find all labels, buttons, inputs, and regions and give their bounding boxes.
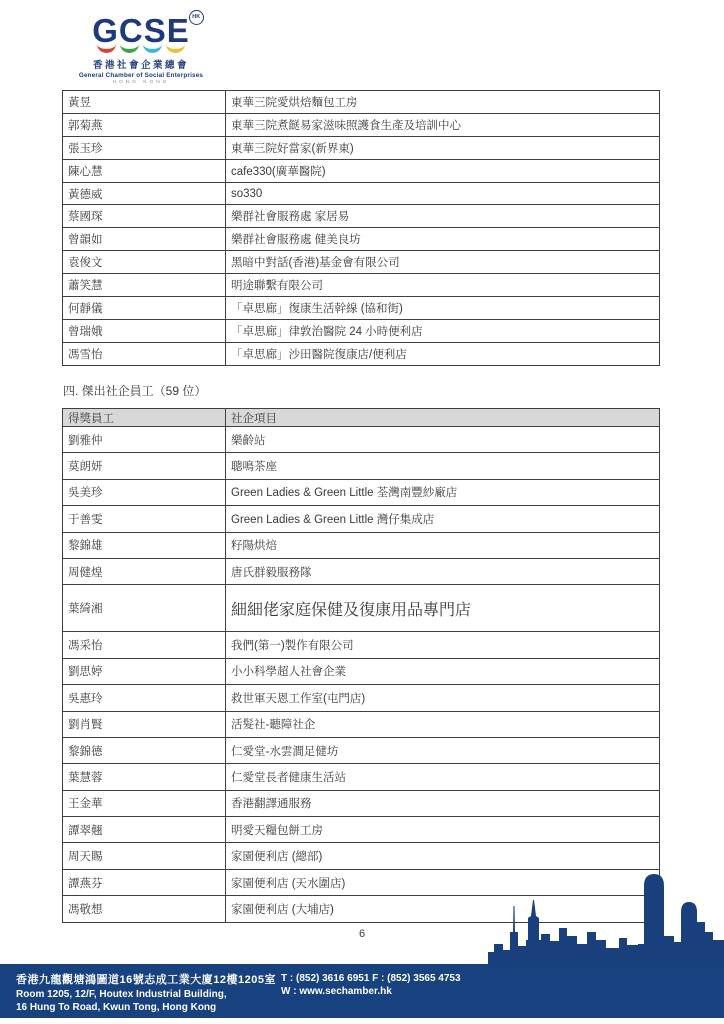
gcse-logo-letters: GCSE HK: [92, 16, 190, 46]
table-row: 黎錦德仁愛堂-水雲澗足健坊: [63, 737, 660, 763]
se-project-cell: 「卓思廊」律敦治醫院 24 小時便利店: [226, 319, 660, 342]
header-awardee-staff: 得獎員工: [63, 409, 226, 427]
se-project-cell: 救世軍天恩工作室(屯門店): [226, 685, 660, 711]
awardee-name-cell: 馮采怡: [63, 632, 226, 658]
footer: 香港九龍觀塘鴻圖道16號志成工業大廈12樓1205室 Room 1205, 12…: [0, 964, 724, 1018]
awardee-name-cell: 馮敬想: [63, 896, 226, 922]
awardee-name-cell: 蔡國琛: [63, 205, 226, 228]
logo-letter-e: E: [167, 12, 190, 49]
logo-letter-c: C: [119, 12, 144, 49]
se-project-cell: 樂群社會服務處 健美良坊: [226, 228, 660, 251]
awardee-name-cell: 吳惠玲: [63, 685, 226, 711]
logo-chinese-name: 香港社會企業總會: [76, 57, 206, 71]
awardee-name-cell: 黎錦雄: [63, 532, 226, 558]
awardee-name-cell: 譚翠翹: [63, 817, 226, 843]
header-se-project: 社企項目: [226, 409, 660, 427]
se-project-cell: 樂齡站: [226, 427, 660, 453]
awardee-name-cell: 郭菊燕: [63, 113, 226, 136]
table-row: 王金華香港翻譯通服務: [63, 790, 660, 816]
table-row: 黎錦雄籽陽烘焙: [63, 532, 660, 558]
se-project-cell: 唐氏群毅服務隊: [226, 558, 660, 584]
awardee-name-cell: 蕭笑慧: [63, 274, 226, 297]
se-project-cell: 黑暗中對話(香港)基金會有限公司: [226, 251, 660, 274]
awardee-name-cell: 葉綺湘: [63, 585, 226, 632]
awardee-name-cell: 劉肖賢: [63, 711, 226, 737]
table-row: 蕭笑慧明途聯繫有限公司: [63, 274, 660, 297]
footer-address-block: 香港九龍觀塘鴻圖道16號志成工業大廈12樓1205室 Room 1205, 12…: [16, 971, 276, 1014]
awardee-name-cell: 曾瑞娥: [63, 319, 226, 342]
logo-english-name: General Chamber of Social Enterprises: [76, 72, 206, 79]
awardees-table-continued: 黃昱東華三院愛烘焙麵包工房郭菊燕東華三院煮餸易家滋味照護食生產及培訓中心張玉珍東…: [62, 90, 660, 366]
table-row: 劉肖賢活髮社-聽障社企: [63, 711, 660, 737]
se-project-cell: 仁愛堂-水雲澗足健坊: [226, 737, 660, 763]
se-project-cell: 細細佬家庭保健及復康用品專門店: [226, 585, 660, 632]
section-heading: 四. 傑出社企員工（59 位）: [63, 382, 206, 399]
se-project-cell: 東華三院愛烘焙麵包工房: [226, 91, 660, 114]
awardee-name-cell: 莫朗妍: [63, 453, 226, 479]
awardee-name-cell: 于善雯: [63, 506, 226, 532]
footer-website[interactable]: W : www.sechamber.hk: [281, 986, 461, 999]
se-project-cell: 東華三院好當家(新界東): [226, 136, 660, 159]
awardee-name-cell: 曾韻如: [63, 228, 226, 251]
table-row: 郭菊燕東華三院煮餸易家滋味照護食生產及培訓中心: [63, 113, 660, 136]
se-project-cell: 香港翻譯通服務: [226, 790, 660, 816]
awardee-name-cell: 黃昱: [63, 91, 226, 114]
table-row: 黃德威so330: [63, 182, 660, 205]
awardee-name-cell: 劉雅仲: [63, 427, 226, 453]
footer-phone-fax: T : (852) 3616 6951 F : (852) 3565 4753: [281, 973, 461, 986]
table-row: 于善雯Green Ladies & Green Little 灣仔集成店: [63, 506, 660, 532]
se-project-cell: 我們(第一)製作有限公司: [226, 632, 660, 658]
logo-letter-g: G: [92, 12, 119, 49]
table-row: 曾韻如樂群社會服務處 健美良坊: [63, 228, 660, 251]
logo-letter-s: S: [144, 12, 167, 49]
se-project-cell: 明愛天糧包餅工房: [226, 817, 660, 843]
table-row: 周健煌唐氏群毅服務隊: [63, 558, 660, 584]
awardee-name-cell: 劉思婷: [63, 658, 226, 684]
se-project-cell: 仁愛堂長者健康生活站: [226, 764, 660, 790]
table-row: 曾瑞娥「卓思廊」律敦治醫院 24 小時便利店: [63, 319, 660, 342]
awardee-name-cell: 馮雪怡: [63, 342, 226, 365]
registered-trademark-icon: HK: [189, 10, 204, 25]
awardee-name-cell: 譚燕芬: [63, 869, 226, 895]
table-row: 劉雅仲樂齡站: [63, 427, 660, 453]
table-row: 袁俊文黑暗中對話(香港)基金會有限公司: [63, 251, 660, 274]
awardee-name-cell: 何靜儀: [63, 297, 226, 320]
se-project-cell: 活髮社-聽障社企: [226, 711, 660, 737]
se-project-cell: 東華三院煮餸易家滋味照護食生產及培訓中心: [226, 113, 660, 136]
awardee-name-cell: 周健煌: [63, 558, 226, 584]
table-row: 張玉珍東華三院好當家(新界東): [63, 136, 660, 159]
awardee-name-cell: 葉慧蓉: [63, 764, 226, 790]
table-row: 吳美珍Green Ladies & Green Little 荃灣南豐紗廠店: [63, 479, 660, 505]
se-project-cell: 明途聯繫有限公司: [226, 274, 660, 297]
document-page: GCSE HK 香港社會企業總會 General Chamber of Soci…: [0, 0, 724, 1024]
table-row: 馮雪怡「卓思廊」沙田醫院復康店/便利店: [63, 342, 660, 365]
table-row: 黃昱東華三院愛烘焙麵包工房: [63, 91, 660, 114]
table-row: 何靜儀「卓思廊」復康生活幹線 (協和街): [63, 297, 660, 320]
footer-address-english-line1: Room 1205, 12/F, Houtex Industrial Build…: [16, 989, 276, 1002]
table-row: 蔡國琛樂群社會服務處 家居易: [63, 205, 660, 228]
awardee-name-cell: 王金華: [63, 790, 226, 816]
gcse-logo: GCSE HK 香港社會企業總會 General Chamber of Soci…: [76, 16, 206, 85]
table-row: 陳心慧cafe330(廣華醫院): [63, 159, 660, 182]
table-row: 馮采怡我們(第一)製作有限公司: [63, 632, 660, 658]
se-project-cell: 籽陽烘焙: [226, 532, 660, 558]
se-project-cell: cafe330(廣華醫院): [226, 159, 660, 182]
awardee-name-cell: 吳美珍: [63, 479, 226, 505]
table-row: 譚翠翹明愛天糧包餅工房: [63, 817, 660, 843]
logo-hong-kong-label: HONG KONG: [76, 80, 206, 85]
footer-address-english-line2: 16 Hung To Road, Kwun Tong, Hong Kong: [16, 1002, 276, 1015]
se-project-cell: so330: [226, 182, 660, 205]
table-row: 葉慧蓉仁愛堂長者健康生活站: [63, 764, 660, 790]
table-row: 葉綺湘細細佬家庭保健及復康用品專門店: [63, 585, 660, 632]
se-project-cell: Green Ladies & Green Little 荃灣南豐紗廠店: [226, 479, 660, 505]
se-project-cell: Green Ladies & Green Little 灣仔集成店: [226, 506, 660, 532]
table-row: 吳惠玲救世軍天恩工作室(屯門店): [63, 685, 660, 711]
se-project-cell: 「卓思廊」沙田醫院復康店/便利店: [226, 342, 660, 365]
awardee-name-cell: 黃德威: [63, 182, 226, 205]
se-project-cell: 「卓思廊」復康生活幹線 (協和街): [226, 297, 660, 320]
awardee-name-cell: 黎錦德: [63, 737, 226, 763]
footer-address-chinese: 香港九龍觀塘鴻圖道16號志成工業大廈12樓1205室: [16, 971, 276, 987]
se-project-cell: 樂群社會服務處 家居易: [226, 205, 660, 228]
hong-kong-skyline-graphic: [488, 844, 724, 964]
se-project-cell: 聰鳴茶座: [226, 453, 660, 479]
awardee-name-cell: 張玉珍: [63, 136, 226, 159]
se-project-cell: 小小科學超人社會企業: [226, 658, 660, 684]
table-row: 莫朗妍聰鳴茶座: [63, 453, 660, 479]
awardee-name-cell: 袁俊文: [63, 251, 226, 274]
table-row: 劉思婷小小科學超人社會企業: [63, 658, 660, 684]
skyline-silhouette: [488, 874, 724, 964]
awardee-name-cell: 周天賜: [63, 843, 226, 869]
footer-contact-block: T : (852) 3616 6951 F : (852) 3565 4753 …: [281, 973, 461, 998]
table-header-row: 得獎員工 社企項目: [63, 409, 660, 427]
awardee-name-cell: 陳心慧: [63, 159, 226, 182]
